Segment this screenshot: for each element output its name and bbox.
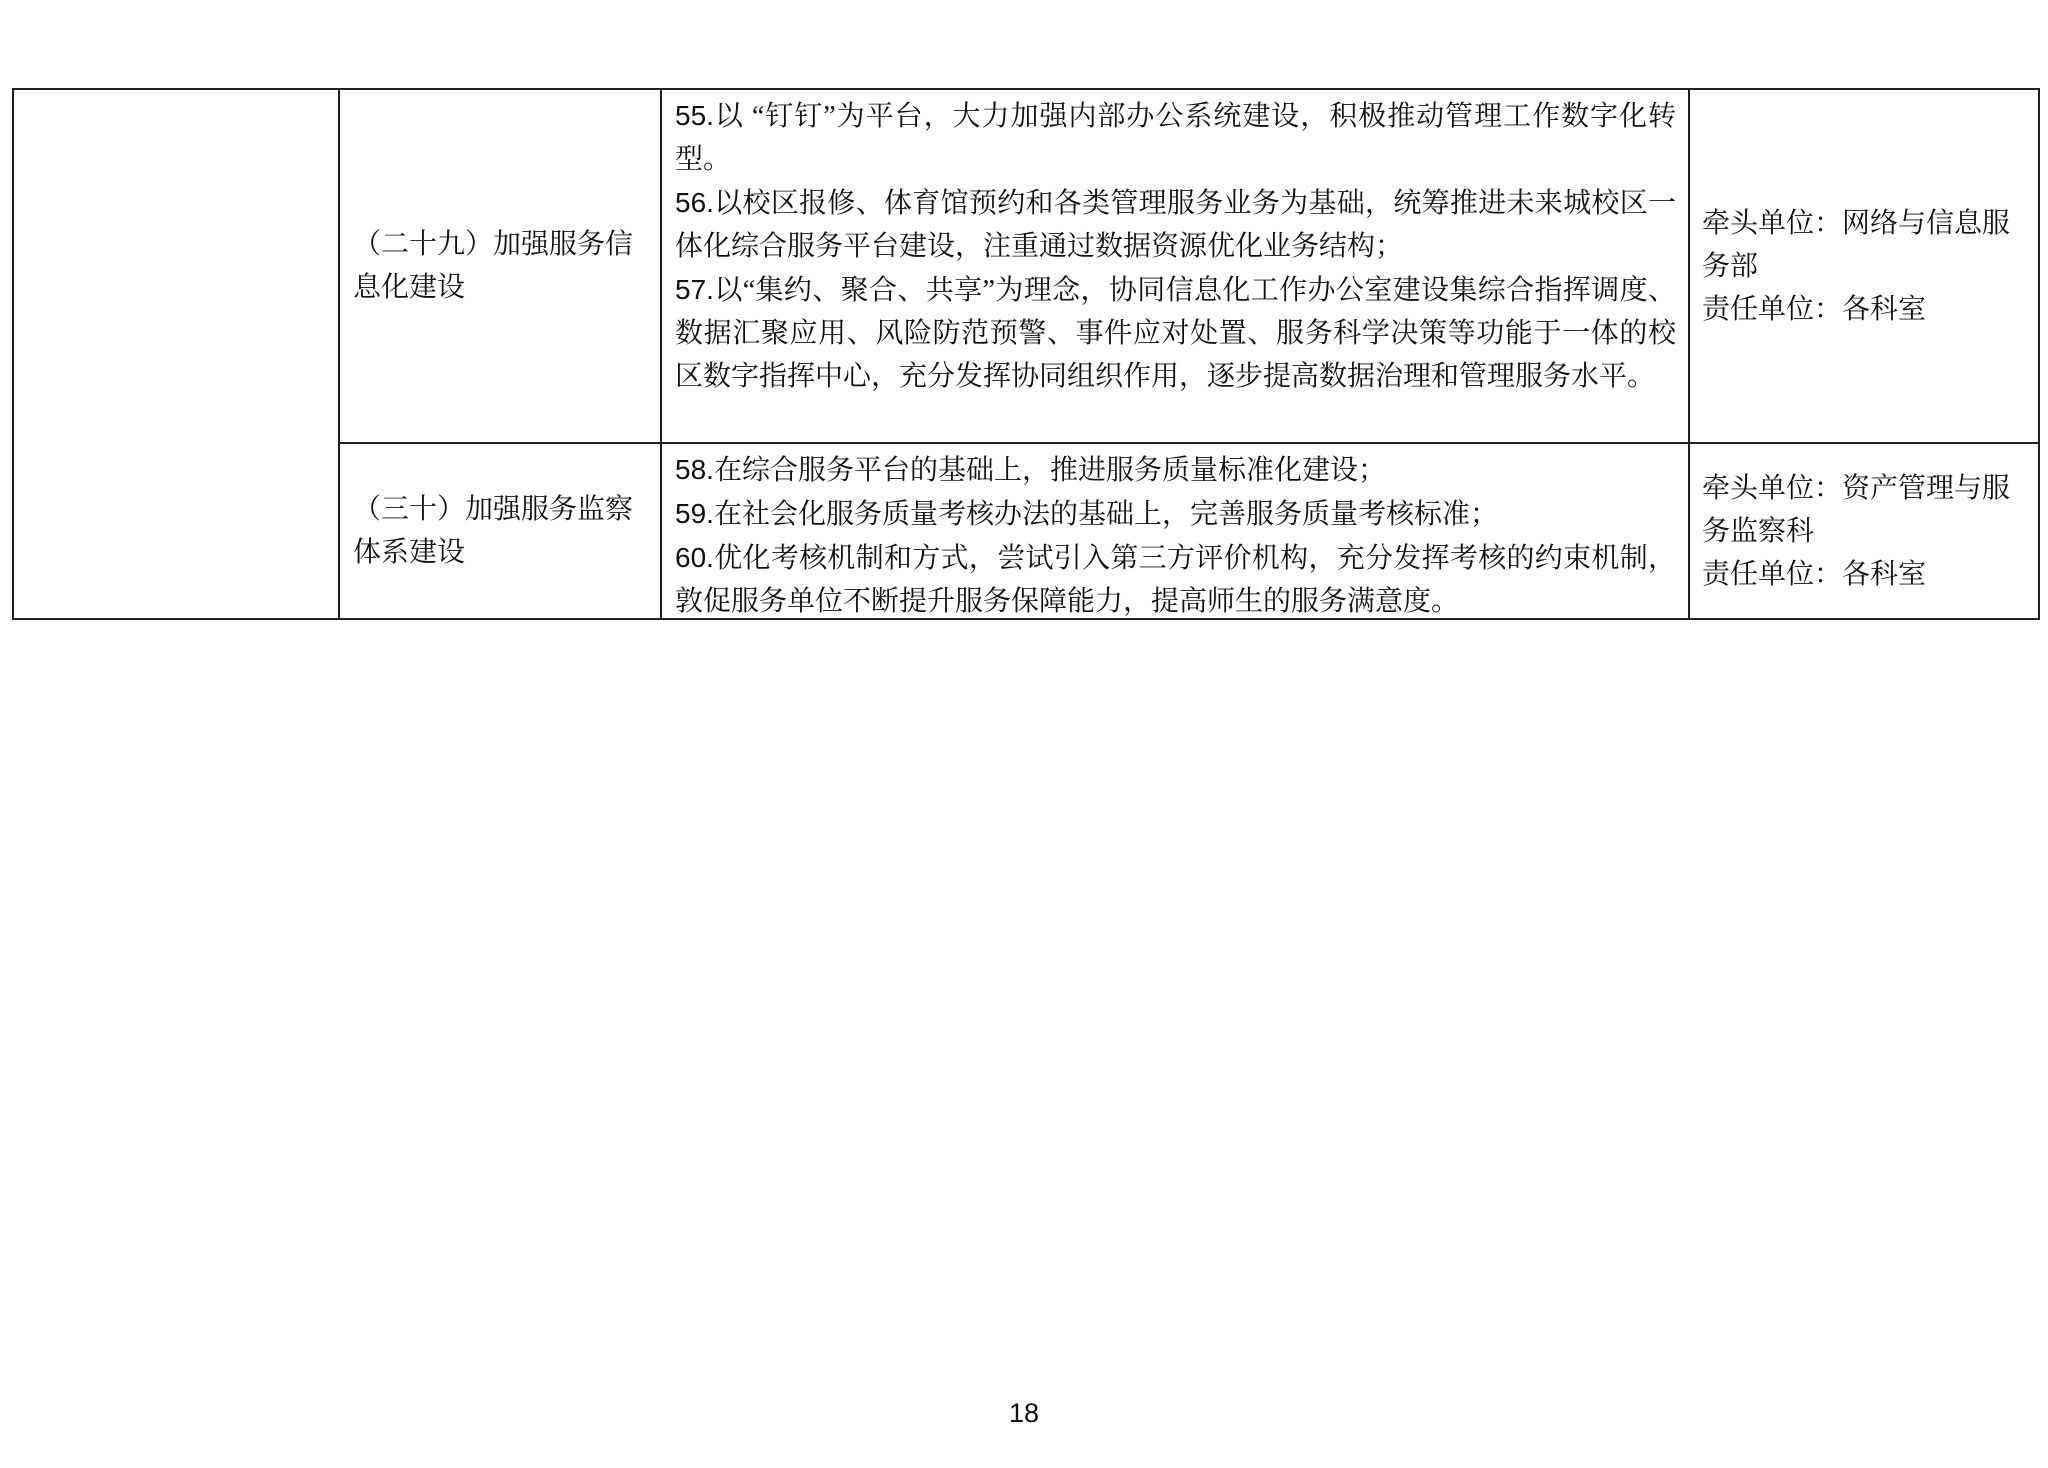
section-title: （二十九）加强服务信息化建设 [353,223,647,309]
section-title-cell-30: （三十）加强服务监察体系建设 [340,442,662,618]
task-text: 以校区报修、体育馆预约和各类管理服务业务为基础，统筹推进未来城校区一体化综合服务… [675,188,1676,262]
task-item-56: 56.以校区报修、体育馆预约和各类管理服务业务为基础，统筹推进未来城校区一体化综… [675,181,1676,268]
page-number: 18 [0,1398,2048,1429]
merged-empty-category-cell [14,90,340,618]
task-item-57: 57.以“集约、聚合、共享”为理念，协同信息化工作办公室建设集综合指挥调度、数据… [675,268,1676,398]
section-title: （三十）加强服务监察体系建设 [353,488,647,574]
task-text: 优化考核机制和方式，尝试引入第三方评价机构，充分发挥考核的约束机制，敦促服务单位… [675,543,1676,617]
tasks-cell-29: 55.以 “钉钉”为平台，大力加强内部办公系统建设，积极推动管理工作数字化转型。… [662,90,1690,442]
task-number: 60. [675,542,714,573]
tasks-cell-30: 58.在综合服务平台的基础上，推进服务质量标准化建设； 59.在社会化服务质量考… [662,442,1690,618]
task-number: 56. [675,187,714,218]
responsible-unit: 责任单位：各科室 [1702,288,2026,331]
task-item-59: 59.在社会化服务质量考核办法的基础上，完善服务质量考核标准； [675,492,1676,536]
task-item-55: 55.以 “钉钉”为平台，大力加强内部办公系统建设，积极推动管理工作数字化转型。 [675,94,1676,181]
task-text: 在社会化服务质量考核办法的基础上，完善服务质量考核标准； [714,499,1498,530]
lead-unit: 牵头单位：资产管理与服务监察科 [1702,467,2026,553]
task-number: 55. [675,100,714,131]
section-title-cell-29: （二十九）加强服务信息化建设 [340,90,662,442]
plan-table: （二十九）加强服务信息化建设 55.以 “钉钉”为平台，大力加强内部办公系统建设… [12,88,2040,620]
task-number: 59. [675,498,714,529]
task-text: 以 “钉钉”为平台，大力加强内部办公系统建设，积极推动管理工作数字化转型。 [675,101,1676,175]
units-cell-29: 牵头单位：网络与信息服务部 责任单位：各科室 [1690,90,2038,442]
task-number: 58. [675,454,714,485]
task-text: 以“集约、聚合、共享”为理念，协同信息化工作办公室建设集综合指挥调度、数据汇聚应… [675,275,1676,392]
lead-unit: 牵头单位：网络与信息服务部 [1702,202,2026,288]
units-cell-30: 牵头单位：资产管理与服务监察科 责任单位：各科室 [1690,442,2038,618]
responsible-unit: 责任单位：各科室 [1702,553,2026,596]
task-item-58: 58.在综合服务平台的基础上，推进服务质量标准化建设； [675,448,1676,492]
task-item-60: 60.优化考核机制和方式，尝试引入第三方评价机构，充分发挥考核的约束机制，敦促服… [675,536,1676,618]
task-text: 在综合服务平台的基础上，推进服务质量标准化建设； [714,455,1386,486]
task-number: 57. [675,274,714,305]
